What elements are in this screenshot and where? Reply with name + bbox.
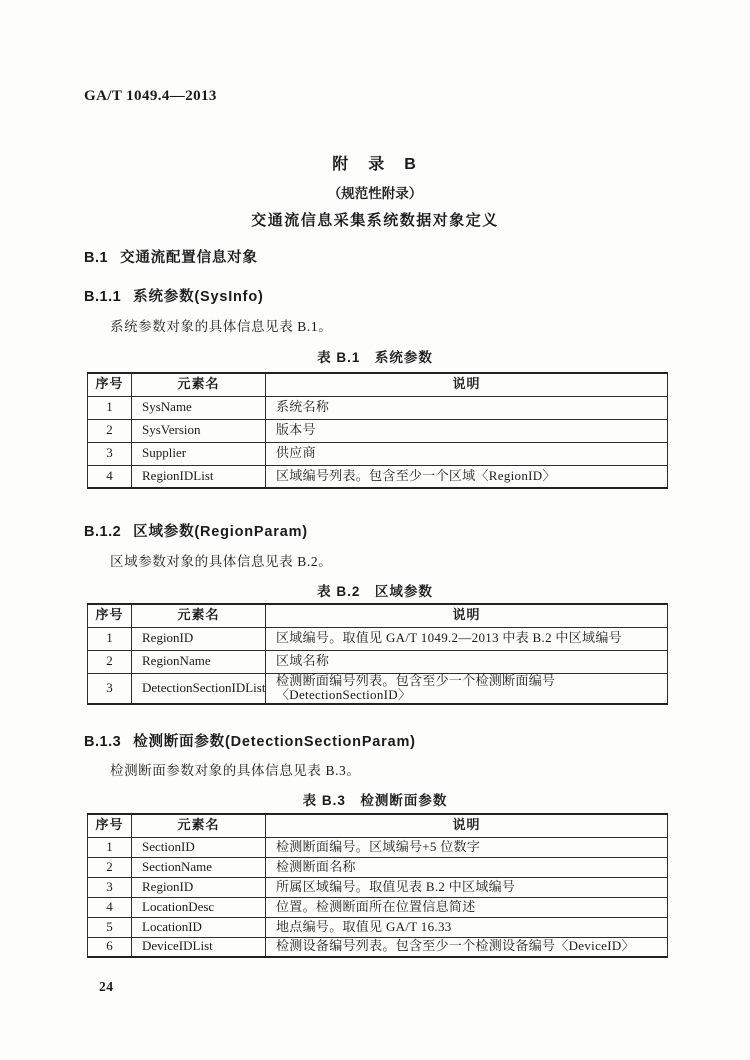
cell-element-name: Supplier	[132, 442, 266, 465]
cell-seq: 3	[88, 877, 132, 897]
cell-description: 所属区域编号。取值见表 B.2 中区域编号	[266, 877, 668, 897]
cell-seq: 1	[88, 627, 132, 650]
table-b1-system-params: 序号 元素名 说明 1 SysName 系统名称 2 SysVersion 版本…	[87, 372, 668, 489]
cell-seq: 2	[88, 650, 132, 673]
col-header-description: 说明	[266, 604, 668, 627]
cell-description: 区域编号列表。包含至少一个区域〈RegionID〉	[266, 465, 668, 488]
col-header-description: 说明	[266, 814, 668, 837]
table-row: 3 RegionID 所属区域编号。取值见表 B.2 中区域编号	[88, 877, 668, 897]
table-caption-b1: 表 B.1 系统参数	[0, 346, 750, 366]
section-number: B.1.2	[84, 524, 121, 540]
appendix-subheading: （规范性附录）	[0, 182, 750, 202]
cell-element-name: DetectionSectionIDList	[132, 673, 266, 704]
cell-seq: 2	[88, 857, 132, 877]
cell-description: 系统名称	[266, 396, 668, 419]
table-row: 5 LocationID 地点编号。取值见 GA/T 16.33	[88, 917, 668, 937]
cell-element-name: RegionID	[132, 877, 266, 897]
section-number: B.1.3	[84, 734, 121, 750]
section-intro-b12: 区域参数对象的具体信息见表 B.2。	[84, 550, 670, 570]
cell-element-name: SectionID	[132, 837, 266, 857]
chapter-title: 交通流配置信息对象	[120, 250, 258, 266]
doc-standard-number: GA/T 1049.4—2013	[84, 88, 217, 105]
cell-seq: 5	[88, 917, 132, 937]
section-heading-b11: B.1.1系统参数(SysInfo)	[84, 285, 264, 306]
chapter-number: B.1	[84, 250, 108, 266]
cell-seq: 4	[88, 897, 132, 917]
table-header-row: 序号 元素名 说明	[88, 604, 668, 627]
table-caption-b2: 表 B.2 区域参数	[0, 580, 750, 600]
cell-element-name: SysName	[132, 396, 266, 419]
appendix-heading: 附 录 B	[0, 151, 750, 174]
cell-seq: 3	[88, 442, 132, 465]
col-header-seq: 序号	[88, 814, 132, 837]
cell-element-name: LocationDesc	[132, 897, 266, 917]
col-header-element: 元素名	[132, 604, 266, 627]
table-row: 1 RegionID 区域编号。取值见 GA/T 1049.2—2013 中表 …	[88, 627, 668, 650]
cell-element-name: DeviceIDList	[132, 937, 266, 957]
cell-description: 地点编号。取值见 GA/T 16.33	[266, 917, 668, 937]
section-title: 系统参数(SysInfo)	[133, 289, 263, 305]
table-row: 4 LocationDesc 位置。检测断面所在位置信息简述	[88, 897, 668, 917]
cell-element-name: SectionName	[132, 857, 266, 877]
table-row: 2 RegionName 区域名称	[88, 650, 668, 673]
appendix-title-block: 附 录 B （规范性附录） 交通流信息采集系统数据对象定义	[0, 151, 750, 230]
table-row: 2 SysVersion 版本号	[88, 419, 668, 442]
section-heading-b12: B.1.2区域参数(RegionParam)	[84, 520, 308, 541]
table-header-row: 序号 元素名 说明	[88, 814, 668, 837]
cell-element-name: LocationID	[132, 917, 266, 937]
cell-seq: 1	[88, 837, 132, 857]
cell-description: 位置。检测断面所在位置信息简述	[266, 897, 668, 917]
section-heading-b13: B.1.3检测断面参数(DetectionSectionParam)	[84, 730, 416, 751]
col-header-description: 说明	[266, 373, 668, 396]
section-intro-b11: 系统参数对象的具体信息见表 B.1。	[84, 315, 670, 335]
section-number: B.1.1	[84, 289, 121, 305]
table-row: 6 DeviceIDList 检测设备编号列表。包含至少一个检测设备编号〈Dev…	[88, 937, 668, 957]
section-title: 区域参数(RegionParam)	[133, 524, 308, 540]
table-b2-region-params: 序号 元素名 说明 1 RegionID 区域编号。取值见 GA/T 1049.…	[87, 603, 668, 705]
section-title: 检测断面参数(DetectionSectionParam)	[133, 734, 416, 750]
cell-element-name: RegionID	[132, 627, 266, 650]
table-b3-detection-section-params: 序号 元素名 说明 1 SectionID 检测断面编号。区域编号+5 位数字 …	[87, 813, 668, 958]
cell-seq: 1	[88, 396, 132, 419]
section-intro-b13: 检测断面参数对象的具体信息见表 B.3。	[84, 759, 670, 779]
page-number: 24	[99, 979, 114, 995]
chapter-heading: B.1交通流配置信息对象	[84, 246, 258, 267]
cell-description: 检测断面名称	[266, 857, 668, 877]
cell-seq: 3	[88, 673, 132, 704]
cell-description: 检测断面编号。区域编号+5 位数字	[266, 837, 668, 857]
cell-description: 区域编号。取值见 GA/T 1049.2—2013 中表 B.2 中区域编号	[266, 627, 668, 650]
table-row: 3 DetectionSectionIDList 检测断面编号列表。包含至少一个…	[88, 673, 668, 704]
table-row: 2 SectionName 检测断面名称	[88, 857, 668, 877]
table-row: 1 SysName 系统名称	[88, 396, 668, 419]
table-row: 4 RegionIDList 区域编号列表。包含至少一个区域〈RegionID〉	[88, 465, 668, 488]
cell-element-name: SysVersion	[132, 419, 266, 442]
table-header-row: 序号 元素名 说明	[88, 373, 668, 396]
cell-seq: 4	[88, 465, 132, 488]
col-header-element: 元素名	[132, 373, 266, 396]
col-header-element: 元素名	[132, 814, 266, 837]
cell-element-name: RegionName	[132, 650, 266, 673]
cell-description: 版本号	[266, 419, 668, 442]
cell-description: 供应商	[266, 442, 668, 465]
table-row: 3 Supplier 供应商	[88, 442, 668, 465]
cell-description: 区域名称	[266, 650, 668, 673]
cell-seq: 6	[88, 937, 132, 957]
col-header-seq: 序号	[88, 373, 132, 396]
cell-seq: 2	[88, 419, 132, 442]
table-caption-b3: 表 B.3 检测断面参数	[0, 789, 750, 809]
cell-element-name: RegionIDList	[132, 465, 266, 488]
appendix-title: 交通流信息采集系统数据对象定义	[0, 209, 750, 230]
cell-description: 检测断面编号列表。包含至少一个检测断面编号〈DetectionSectionID…	[266, 673, 668, 704]
table-row: 1 SectionID 检测断面编号。区域编号+5 位数字	[88, 837, 668, 857]
col-header-seq: 序号	[88, 604, 132, 627]
cell-description: 检测设备编号列表。包含至少一个检测设备编号〈DeviceID〉	[266, 937, 668, 957]
scanned-document-page: GA/T 1049.4—2013 附 录 B （规范性附录） 交通流信息采集系统…	[0, 0, 750, 1060]
